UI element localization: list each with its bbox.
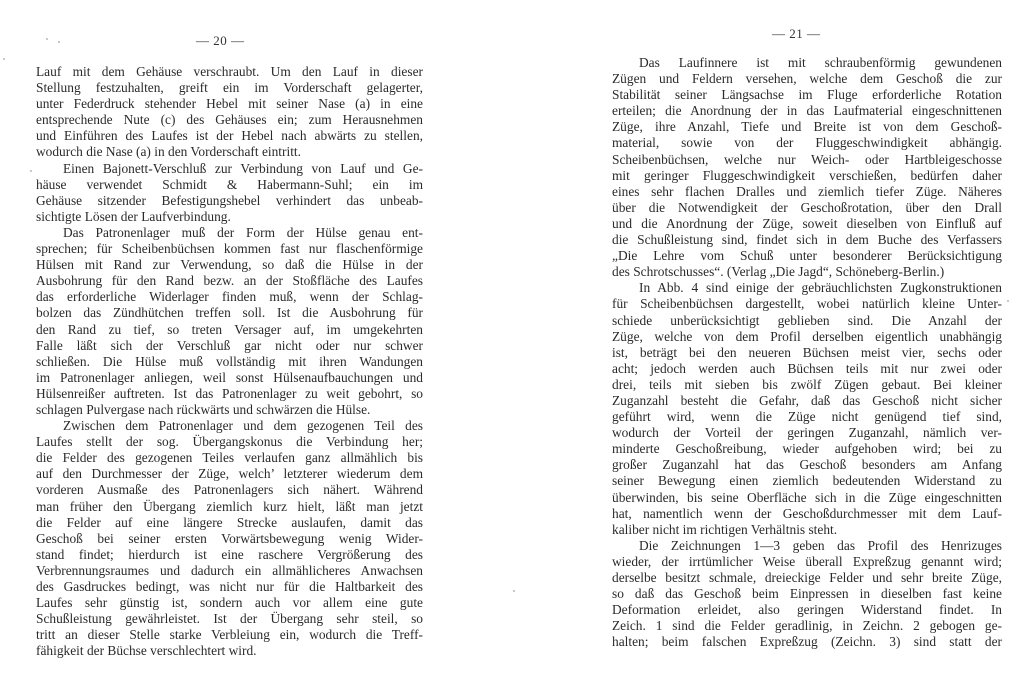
text-line: halten; beim falschen Expreßzug (Zeichn.… [612, 634, 1002, 650]
page-body-text: Das Laufinnere ist mit schraubenförmig g… [612, 55, 1002, 650]
text-line: schließen. Die Hülse muß vollständig mit… [36, 354, 423, 370]
text-line: Hülsen mit Rand zur Verwendung, so daß d… [36, 257, 423, 273]
text-line: ist, beträgt bei den neueren Büchsen mei… [612, 345, 1002, 361]
text-line: Geschoß bei seiner ersten Vorwärtsbewegu… [36, 531, 423, 547]
text-line: schiede unberücksichtigt geblieben sind.… [612, 313, 1002, 329]
text-line: Schußleistung gewährleistet. Ist der Übe… [36, 611, 423, 627]
text-line: für Scheibenbüchsen dargestellt, wobei n… [612, 296, 1002, 312]
text-line: und Einführen des Laufes ist der Hebel n… [36, 128, 423, 144]
text-line: hat, namentlich wenn der Geschoßdurchmes… [612, 506, 1002, 522]
text-line: kaliber nicht im richtigen Verhältnis st… [612, 522, 1002, 538]
text-line: wieder, der irrtümlicher Weise überall E… [612, 554, 1002, 570]
text-line: die Felder des gezogenen Teiles verlaufe… [36, 450, 423, 466]
text-line: Hülsenreißer auftreten. Ist das Patronen… [36, 386, 423, 402]
text-line: fähigkeit der Büchse verschlechtert wird… [36, 643, 423, 659]
page-number: — 21 — [772, 26, 821, 42]
scan-speck [30, 170, 32, 172]
text-line: großer Zuganzahl hat das Geschoß besonde… [612, 457, 1002, 473]
text-line: erteilen; die Anordnung der in das Laufm… [612, 103, 1002, 119]
text-line: entsprechende Nute (c) des Gehäuses ein;… [36, 112, 423, 128]
text-line: des Schrotschusses“. (Verlag „Die Jagd“,… [612, 264, 1002, 280]
text-line: Das Patronenlager muß der Form der Hülse… [36, 225, 423, 241]
text-line: die Schußleistung sind, findet sich in d… [612, 232, 1002, 248]
text-line: Laufes sehr günstig ist, sondern auch vo… [36, 595, 423, 611]
text-line: so daß das Geschoß beim Einpressen in di… [612, 586, 1002, 602]
text-line: wodurch die Nase (a) in den Vorderschaft… [36, 144, 423, 160]
text-line: Zuganzahl besteht die Gefahr, daß das Ge… [612, 393, 1002, 409]
text-line: im Patronenlager anliegen, weil sonst Hü… [36, 370, 423, 386]
text-line: drei, teils mit sieben bis zwölf Zügen g… [612, 377, 1002, 393]
text-line: die Felder auf eine längere Strecke ausl… [36, 515, 423, 531]
scan-speck [46, 38, 48, 40]
text-line: vorderen Ausmaße des Patronenlagers sich… [36, 482, 423, 498]
page-number: — 20 — [196, 33, 245, 49]
text-line: Züge, ihre Anzahl, Tiefe und Breite ist … [612, 119, 1002, 135]
text-line: Lauf mit dem Gehäuse verschraubt. Um den… [36, 64, 423, 80]
text-line: mit geringer Fluggeschwindigkeit verschi… [612, 168, 1002, 184]
text-line: schlagen Pulvergase nach rückwärts und s… [36, 402, 423, 418]
text-line: eines sehr flachen Dralles und ziemlich … [612, 184, 1002, 200]
text-line: Deformation erleidet, also geringen Wide… [612, 602, 1002, 618]
text-line: unter Federdruck stehender Hebel mit sei… [36, 96, 423, 112]
text-line: Ausbohrung für den Rand bezw. an der Sto… [36, 273, 423, 289]
left-page: — 20 — Lauf mit dem Gehäuse verschraubt.… [0, 0, 512, 695]
text-line: Stabilität seiner Längsachse im Fluge er… [612, 87, 1002, 103]
text-line: Einen Bajonett-Verschluß zur Verbindung … [36, 161, 423, 177]
text-line: des Gasdruckes bedingt, was nicht nur fü… [36, 579, 423, 595]
scan-speck [58, 41, 60, 43]
page-body-text: Lauf mit dem Gehäuse verschraubt. Um den… [36, 64, 423, 659]
text-line: Das Laufinnere ist mit schraubenförmig g… [612, 55, 1002, 71]
text-line: auf den Durchmesser der Züge, welch’ let… [36, 466, 423, 482]
text-line: sprechen; für Scheibenbüchsen kommen fas… [36, 241, 423, 257]
scan-speck [1007, 300, 1009, 302]
text-line: geführt wird, wenn die Züge nicht genüge… [612, 409, 1002, 425]
text-line: den Rand zu tief, so treten Versager auf… [36, 322, 423, 338]
text-line: Züge, welche von dem Profil derselben ei… [612, 329, 1002, 345]
text-line: man früher den Übergang ziemlich kurz hi… [36, 499, 423, 515]
right-page: — 21 — Das Laufinnere ist mit schraubenf… [512, 0, 1024, 695]
text-line: „Die Lehre vom Schuß unter besonderer Be… [612, 248, 1002, 264]
text-line: sichtigte Lösen der Laufverbindung. [36, 209, 423, 225]
text-line: Die Zeichnungen 1—3 geben das Profil des… [612, 538, 1002, 554]
text-line: minderte Geschoßreibung, wieder aufgehob… [612, 441, 1002, 457]
text-line: Scheibenbüchsen, welche nur Weich- oder … [612, 152, 1002, 168]
text-line: tritt an dieser Stelle starke Verbleiung… [36, 627, 423, 643]
text-line: Gehäuse sitzender Befestigungshebel verh… [36, 193, 423, 209]
text-line: Zügen und Feldern versehen, welche dem G… [612, 71, 1002, 87]
text-line: derselbe besitzt schmale, dreieckige Fel… [612, 570, 1002, 586]
text-line: wodurch der Vorteil der geringen Zuganza… [612, 425, 1002, 441]
text-line: Verbrennungsraumes und dadurch ein allmä… [36, 563, 423, 579]
text-line: überwinden, bis seine Oberfläche sich in… [612, 490, 1002, 506]
text-line: über die Notwendigkeit der Geschoßrotati… [612, 200, 1002, 216]
text-line: und die Anordnung der Züge, soweit diese… [612, 216, 1002, 232]
text-line: bolzen das Zündhütchen treffen soll. Ist… [36, 305, 423, 321]
text-line: stand findet; hierdurch ist eine rascher… [36, 547, 423, 563]
text-line: material, sowie von der Fluggeschwindigk… [612, 135, 1002, 151]
text-line: Zeich. 1 sind die Felder geradlinig, in … [612, 618, 1002, 634]
scan-speck [513, 590, 515, 592]
text-line: acht; jedoch werden auch Büchsen teils m… [612, 361, 1002, 377]
scan-speck [3, 58, 5, 60]
text-line: In Abb. 4 sind einige der gebräuchlichst… [612, 280, 1002, 296]
text-line: das erforderliche Widerlager finden muß,… [36, 289, 423, 305]
text-line: Zwischen dem Patronenlager und dem gezog… [36, 418, 423, 434]
text-line: seiner Bewegung einen ziemlich bedeutend… [612, 473, 1002, 489]
text-line: Laufes stellt der sog. Übergangskonus di… [36, 434, 423, 450]
text-line: häuse verwendet Schmidt & Habermann-Suhl… [36, 177, 423, 193]
text-line: Falle läßt sich der Verschluß gar nicht … [36, 338, 423, 354]
text-line: Stellung festzuhalten, greift ein im Vor… [36, 80, 423, 96]
